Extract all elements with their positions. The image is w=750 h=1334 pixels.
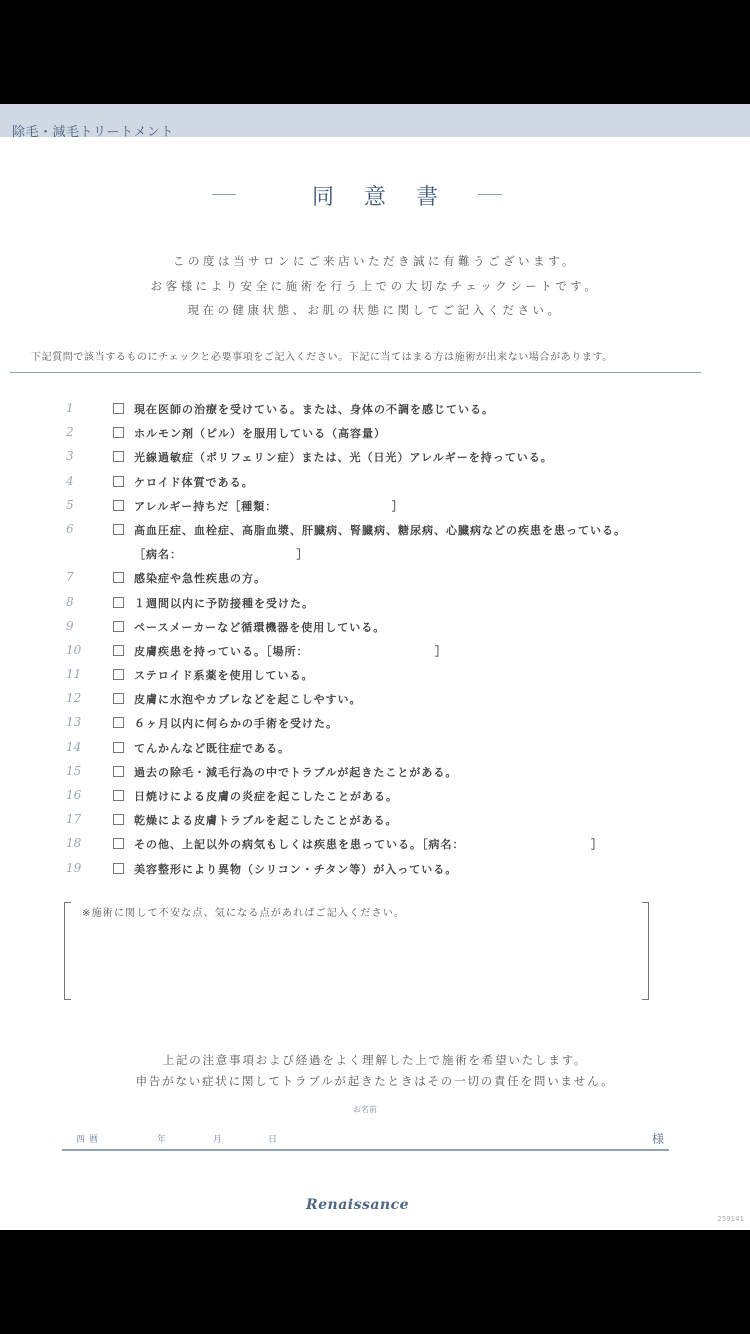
- question-text: ６ヶ月以内に何らかの手術を受けた。: [134, 715, 338, 731]
- question-row: 3 光線過敏症（ポリフェリン症）または、光（日光）アレルギーを持っている。: [0, 449, 750, 473]
- question-number: 2: [66, 425, 86, 439]
- ornament-right-icon: [478, 194, 502, 195]
- question-checkbox[interactable]: [113, 693, 124, 704]
- document-title-row: 同意書: [0, 180, 750, 210]
- question-row: 17 乾燥による皮膚トラブルを起こしたことがある。: [0, 812, 750, 836]
- consent-line: 上記の注意事項および経過をよく理解した上で施術を希望いたします。: [0, 1050, 750, 1071]
- question-text: てんかんなど既往症である。: [134, 740, 290, 756]
- question-row: 2 ホルモン剤（ピル）を服用している（高容量）: [0, 425, 750, 449]
- question-list: 1 現在医師の治療を受けている。または、身体の不調を感じている。 2 ホルモン剤…: [0, 401, 750, 885]
- question-number: 6: [66, 522, 86, 536]
- question-row: 4 ケロイド体質である。: [0, 474, 750, 498]
- question-number: 17: [66, 812, 86, 826]
- question-text: ステロイド系薬を使用している。: [134, 667, 313, 683]
- name-label: お名前: [0, 1104, 730, 1115]
- bracket-right: [642, 902, 649, 1000]
- question-text: 現在医師の治療を受けている。または、身体の不調を感じている。: [134, 401, 494, 417]
- honorific-label: 様: [652, 1130, 664, 1147]
- question-number: 11: [66, 667, 86, 681]
- question-checkbox[interactable]: [113, 766, 124, 777]
- question-checkbox[interactable]: [113, 451, 124, 462]
- question-checkbox[interactable]: [113, 814, 124, 825]
- question-checkbox[interactable]: [113, 403, 124, 414]
- question-text: 高血圧症、血栓症、高脂血漿、肝臓病、腎臓病、糖尿病、心臓病などの疾患を患っている…: [134, 522, 626, 538]
- question-subrow: ［病名： ］: [0, 546, 750, 570]
- question-text: 美容整形により異物（シリコン・チタン等）が入っている。: [134, 861, 457, 877]
- question-text: 乾燥による皮膚トラブルを起こしたことがある。: [134, 812, 398, 828]
- question-text: 過去の除毛・減毛行為の中でトラブルが起きたことがある。: [134, 764, 457, 780]
- notes-field[interactable]: ※施術に関して不安な点、気になる点があればご記入ください。: [64, 902, 649, 998]
- question-number: 7: [66, 570, 86, 584]
- question-number: 8: [66, 595, 86, 609]
- month-label: 月: [213, 1132, 222, 1145]
- question-row: 7 感染症や急性疾患の方。: [0, 570, 750, 594]
- question-row: 1 現在医師の治療を受けている。または、身体の不調を感じている。: [0, 401, 750, 425]
- question-text: 光線過敏症（ポリフェリン症）または、光（日光）アレルギーを持っている。: [134, 449, 553, 465]
- question-number: 9: [66, 619, 86, 633]
- header-band: 除毛・減毛トリートメント: [0, 104, 750, 137]
- ornament-left-icon: [212, 194, 236, 195]
- question-row: 14 てんかんなど既往症である。: [0, 740, 750, 764]
- question-checkbox[interactable]: [113, 621, 124, 632]
- question-row: 16 日焼けによる皮膚の炎症を起こしたことがある。: [0, 788, 750, 812]
- question-checkbox[interactable]: [113, 717, 124, 728]
- question-checkbox[interactable]: [113, 645, 124, 656]
- question-text: 日焼けによる皮膚の炎症を起こしたことがある。: [134, 788, 398, 804]
- question-checkbox[interactable]: [113, 597, 124, 608]
- consent-line: 申告がない症状に関してトラブルが起きたときはその一切の責任を問いません。: [0, 1071, 750, 1092]
- question-number: 1: [66, 401, 86, 415]
- era-label: 西暦: [76, 1132, 102, 1145]
- question-text: 感染症や急性疾患の方。: [134, 570, 266, 586]
- question-row: 5 アレルギー持ちだ［種類： ］: [0, 498, 750, 522]
- year-label: 年: [157, 1132, 166, 1145]
- question-text: アレルギー持ちだ［種類： ］: [134, 498, 404, 514]
- question-number: 3: [66, 449, 86, 463]
- question-number: 15: [66, 764, 86, 778]
- question-number: 18: [66, 836, 86, 850]
- question-checkbox[interactable]: [113, 524, 124, 535]
- document-title: 同意書: [282, 180, 468, 211]
- question-text: 皮膚疾患を持っている。［場所： ］: [134, 643, 447, 659]
- question-row: 11 ステロイド系薬を使用している。: [0, 667, 750, 691]
- question-number: 4: [66, 474, 86, 488]
- question-row: 8 １週間以内に予防接種を受けた。: [0, 595, 750, 619]
- question-checkbox[interactable]: [113, 742, 124, 753]
- day-label: 日: [268, 1132, 277, 1145]
- question-checkbox[interactable]: [113, 863, 124, 874]
- consent-statement: 上記の注意事項および経過をよく理解した上で施術を希望いたします。 申告がない症状…: [0, 1050, 750, 1092]
- signature-line: [62, 1149, 669, 1151]
- intro-line: 現在の健康状態、お肌の状態に関してご記入ください。: [0, 298, 750, 323]
- intro-line: お客様により安全に施術を行う上での大切なチェックシートです。: [0, 274, 750, 299]
- question-checkbox[interactable]: [113, 476, 124, 487]
- question-number: 16: [66, 788, 86, 802]
- question-checkbox[interactable]: [113, 427, 124, 438]
- question-row: 9 ペースメーカーなど循環機器を使用している。: [0, 619, 750, 643]
- question-number: 10: [66, 643, 86, 657]
- question-row: 6 高血圧症、血栓症、高脂血漿、肝臓病、腎臓病、糖尿病、心臓病などの疾患を患って…: [0, 522, 750, 546]
- question-text: ケロイド体質である。: [134, 474, 254, 490]
- question-checkbox[interactable]: [113, 669, 124, 680]
- consent-form-page: 除毛・減毛トリートメント 同意書 この度は当サロンにご来店いただき誠に有難うござ…: [0, 104, 750, 1230]
- question-row: 18 その他、上記以外の病気もしくは疾患を患っている。［病名： ］: [0, 836, 750, 860]
- question-row: 13 ６ヶ月以内に何らかの手術を受けた。: [0, 715, 750, 739]
- signature-field[interactable]: 西暦 年 月 日 様: [62, 1130, 669, 1150]
- header-title: 除毛・減毛トリートメント: [12, 121, 174, 140]
- question-text: ペースメーカーなど循環機器を使用している。: [134, 619, 385, 635]
- question-row: 19 美容整形により異物（シリコン・チタン等）が入っている。: [0, 861, 750, 885]
- question-number: 12: [66, 691, 86, 705]
- question-text: ホルモン剤（ピル）を服用している（高容量）: [134, 425, 386, 441]
- bracket-left: [64, 902, 71, 1000]
- question-row: 15 過去の除毛・減毛行為の中でトラブルが起きたことがある。: [0, 764, 750, 788]
- question-row: 12 皮膚に水泡やカブレなどを起こしやすい。: [0, 691, 750, 715]
- question-checkbox[interactable]: [113, 572, 124, 583]
- question-number: 13: [66, 715, 86, 729]
- document-code: 259141: [717, 1215, 744, 1223]
- question-number: 5: [66, 498, 86, 512]
- question-number: 14: [66, 740, 86, 754]
- question-checkbox[interactable]: [113, 790, 124, 801]
- intro-text: この度は当サロンにご来店いただき誠に有難うございます。 お客様により安全に施術を…: [0, 249, 750, 323]
- divider: [10, 372, 701, 373]
- question-text: その他、上記以外の病気もしくは疾患を患っている。［病名： ］: [134, 836, 603, 852]
- question-row: 10 皮膚疾患を持っている。［場所： ］: [0, 643, 750, 667]
- intro-line: この度は当サロンにご来店いただき誠に有難うございます。: [0, 249, 750, 274]
- question-checkbox[interactable]: [113, 838, 124, 849]
- question-checkbox[interactable]: [113, 500, 124, 511]
- instruction-text: 下記質問で該当するものにチェックと必要事項をご記入ください。下記に当てはまる方は…: [31, 348, 613, 363]
- brand-logo: Renaissance: [0, 1197, 715, 1213]
- question-text: 皮膚に水泡やカブレなどを起こしやすい。: [134, 691, 362, 707]
- question-subfield[interactable]: ［病名： ］: [134, 546, 309, 562]
- notes-prompt: ※施術に関して不安な点、気になる点があればご記入ください。: [82, 904, 405, 919]
- question-text: １週間以内に予防接種を受けた。: [134, 595, 314, 611]
- question-number: 19: [66, 861, 86, 875]
